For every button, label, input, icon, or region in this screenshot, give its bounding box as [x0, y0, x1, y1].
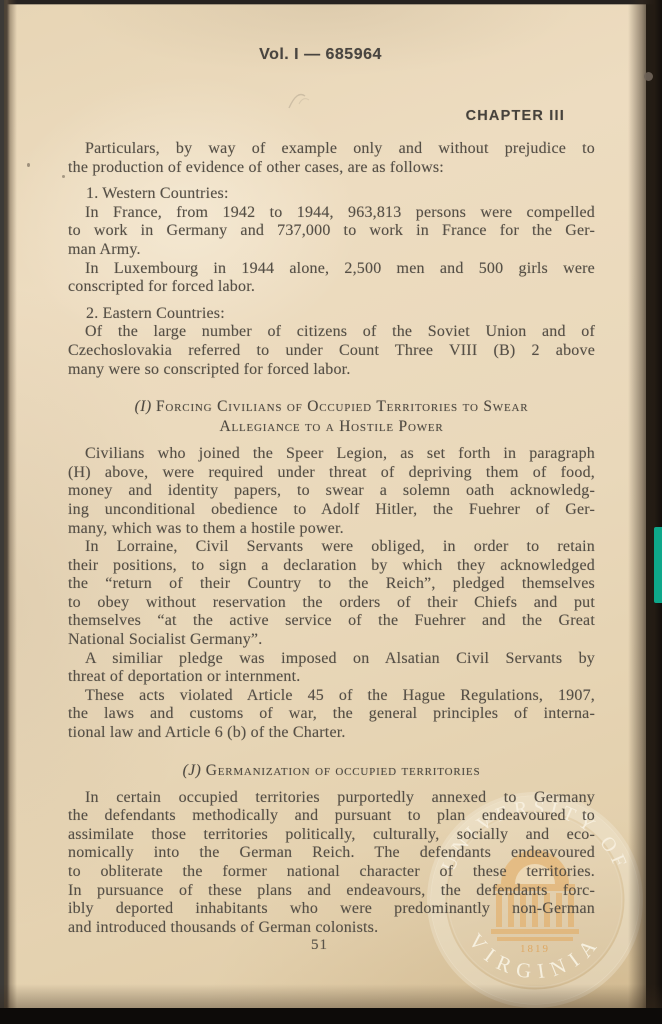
- text-line: In France, from 1942 to 1944, 963,813 pe…: [68, 204, 595, 223]
- document-body: Particulars, by way of example only and …: [68, 140, 595, 937]
- section-title: Forcing Civilians of Occupied Territorie…: [156, 398, 528, 415]
- page-curl-shadow: [0, 984, 662, 1008]
- paper-speck: [27, 163, 30, 167]
- scan-edge-left: [0, 0, 17, 1024]
- section-heading-line: Allegiance to a Hostile Power: [68, 417, 595, 437]
- text-line: In Lorraine, Civil Servants were obliged…: [68, 538, 595, 557]
- text-line: to obey without reservation the orders o…: [68, 594, 595, 613]
- paper-speck: [62, 175, 65, 178]
- volume-header: Vol. I — 685964: [68, 46, 573, 64]
- page-number: 51: [68, 937, 571, 954]
- text-line: threat of deportation or internment.: [68, 668, 595, 687]
- text-line: many, which was to them a hostile power.: [68, 520, 595, 539]
- text-line: the defendants methodically and pursuant…: [68, 807, 595, 826]
- paragraph: Civilians who joined the Speer Legion, a…: [68, 445, 595, 538]
- section-marker: (I): [135, 398, 156, 415]
- text-line: conscripted for forced labor.: [68, 278, 595, 297]
- scan-edge-right: [628, 0, 662, 1024]
- text-line: the production of evidence of other case…: [68, 159, 595, 178]
- text-line: Particulars, by way of example only and …: [68, 140, 595, 159]
- page-content: Vol. I — 685964 CHAPTER III Particulars,…: [68, 46, 595, 954]
- section-title: Germanization of occupied territories: [206, 762, 481, 779]
- text-line: (H) above, were required under threat of…: [68, 464, 595, 483]
- section-heading: (I) Forcing Civilians of Occupied Territ…: [68, 397, 595, 437]
- paragraph: Of the large number of citizens of the S…: [68, 323, 595, 379]
- text-line: Civilians who joined the Speer Legion, a…: [68, 445, 595, 464]
- paragraph: In Luxembourg in 1944 alone, 2,500 men a…: [68, 260, 595, 297]
- text-line: In Luxembourg in 1944 alone, 2,500 men a…: [68, 260, 595, 279]
- paragraph: Particulars, by way of example only and …: [68, 140, 595, 177]
- text-line: National Socialist Germany”.: [68, 631, 595, 650]
- scan-edge-bottom: [0, 1008, 662, 1024]
- paragraph: In certain occupied territories purporte…: [68, 789, 595, 938]
- section-heading-line: (I) Forcing Civilians of Occupied Territ…: [68, 397, 595, 417]
- ink-spot: [644, 72, 653, 81]
- text-line: ing unconditional obedience to Adolf Hit…: [68, 501, 595, 520]
- paragraph: A similiar pledge was imposed on Alsatia…: [68, 650, 595, 687]
- scan-edge-top: [0, 0, 662, 5]
- text-line: ibly deported inhabitants who were predo…: [68, 900, 595, 919]
- section-heading: (J) Germanization of occupied territorie…: [68, 761, 595, 781]
- paragraph: In Lorraine, Civil Servants were obliged…: [68, 538, 595, 650]
- text-line: These acts violated Article 45 of the Ha…: [68, 687, 595, 706]
- text-line: In certain occupied territories purporte…: [68, 789, 595, 808]
- paragraph: In France, from 1942 to 1944, 963,813 pe…: [68, 204, 595, 260]
- text-line: to obliterate the former national charac…: [68, 863, 595, 882]
- text-line: Of the large number of citizens of the S…: [68, 323, 595, 342]
- text-line: assimilate those territories politically…: [68, 826, 595, 845]
- chapter-heading: CHAPTER III: [68, 108, 595, 125]
- text-line: nomically into the German Reich. The def…: [68, 844, 595, 863]
- paragraph: These acts violated Article 45 of the Ha…: [68, 687, 595, 743]
- text-line: and introduced thousands of German colon…: [68, 919, 595, 938]
- text-line: their positions, to sign a declaration b…: [68, 557, 595, 576]
- teal-index-tab: [654, 527, 662, 603]
- text-line: the laws and customs of war, the general…: [68, 705, 595, 724]
- section-title: Allegiance to a Hostile Power: [219, 418, 443, 435]
- section-marker: (J): [183, 762, 206, 779]
- list-item-heading: 1. Western Countries:: [68, 185, 595, 204]
- text-line: A similiar pledge was imposed on Alsatia…: [68, 650, 595, 669]
- scanned-document-page: { "page": { "vol_header": "Vol. I — 6859…: [0, 0, 662, 1024]
- text-line: the “return of their Country to the Reic…: [68, 575, 595, 594]
- text-line: man Army.: [68, 241, 595, 260]
- text-line: tional law and Article 6 (b) of the Char…: [68, 724, 595, 743]
- text-line: to work in Germany and 737,000 to work i…: [68, 222, 595, 241]
- section-heading-line: (J) Germanization of occupied territorie…: [68, 761, 595, 781]
- list-item-heading: 2. Eastern Countries:: [68, 305, 595, 324]
- text-line: Czechoslovakia referred to under Count T…: [68, 342, 595, 361]
- text-line: many were so conscripted for forced labo…: [68, 361, 595, 380]
- text-line: money and identity papers, to swear a so…: [68, 482, 595, 501]
- text-line: themselves “at the active service of the…: [68, 612, 595, 631]
- text-line: In pursuance of these plans and endeavou…: [68, 882, 595, 901]
